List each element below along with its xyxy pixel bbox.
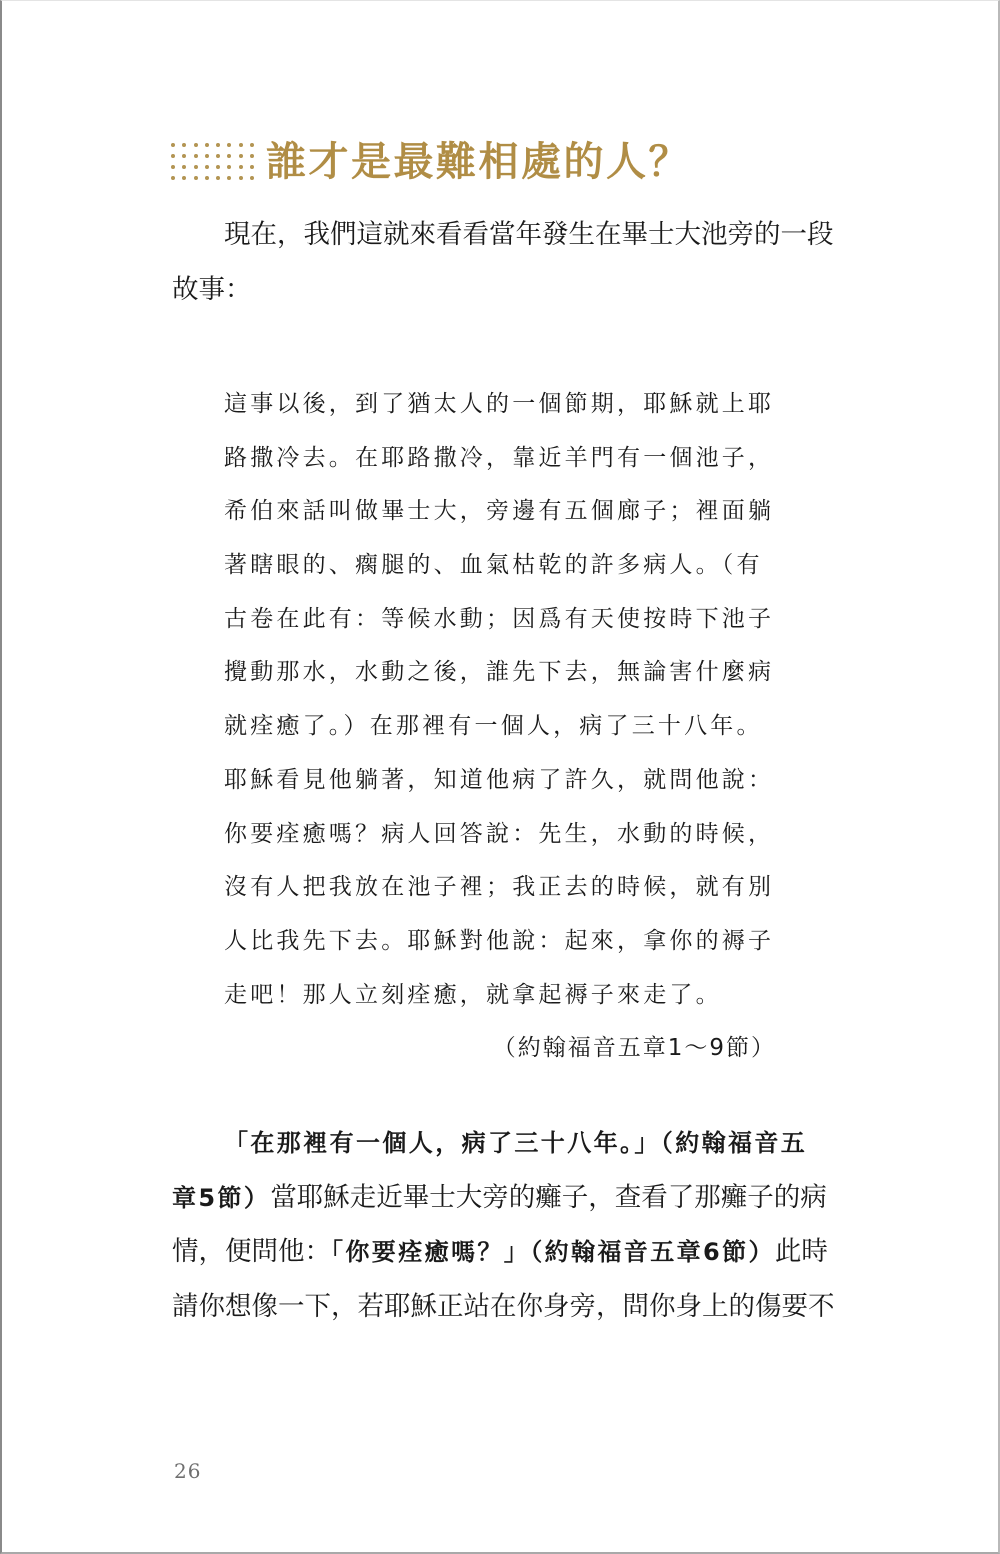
intro-paragraph: 現在，我們這就來看看當年發生在畢士大池旁的一段 故事： [172,208,834,317]
paragraph-text: 情，便問他： [172,1236,331,1267]
quote-line: 著瞎眼的、瘸腿的、血氣枯乾的許多病人。（有 [224,539,784,593]
intro-line: 故事： [172,263,834,318]
paragraph-line: 情，便問他：「你要痊癒嗎？」（約翰福音五章6節）此時 [172,1225,834,1280]
section-title: 誰才是最難相處的人？ [266,134,691,190]
commentary-paragraph: 「在那裡有一個人，病了三十八年。」（約翰福音五 章5節）當耶穌走近畢士大旁的癱子… [172,1116,834,1334]
quote-line: 你要痊癒嗎？病人回答說：先生，水動的時候， [224,808,784,862]
paragraph-text: 此時 [775,1236,828,1267]
scripture-quote: 這事以後，到了猶太人的一個節期，耶穌就上耶 路撒冷去。在耶路撒冷，靠近羊門有一個… [224,378,784,1076]
section-heading: 誰才是最難相處的人？ [168,134,691,190]
inline-scripture-reference: 章5節） [172,1184,270,1212]
quote-line: 沒有人把我放在池子裡；我正去的時候，就有別 [224,861,784,915]
quote-line: 攪動那水，水動之後，誰先下去，無論害什麼病 [224,646,784,700]
paragraph-text: 當耶穌走近畢士大旁的癱子，查看了那癱子的病 [270,1182,827,1213]
quote-line: 人比我先下去。耶穌對他說：起來，拿你的褥子 [224,915,784,969]
quote-line: 就痊癒了。）在那裡有一個人，病了三十八年。 [224,700,784,754]
paragraph-line: 「在那裡有一個人，病了三十八年。」（約翰福音五 [172,1116,834,1171]
paragraph-line: 請你想像一下，若耶穌正站在你身旁，問你身上的傷要不 [172,1280,834,1335]
page-number: 26 [174,1459,201,1483]
dot-grid-ornament-icon [168,140,258,185]
quote-line: 古卷在此有：等候水動；因爲有天使按時下池子 [224,593,784,647]
paragraph-line: 章5節）當耶穌走近畢士大旁的癱子，查看了那癱子的病 [172,1171,834,1226]
book-page: 誰才是最難相處的人？ 現在，我們這就來看看當年發生在畢士大池旁的一段 故事： 這… [0,0,1000,1554]
inline-scripture-quote: 「你要痊癒嗎？」（約翰福音五章6節） [331,1238,775,1266]
intro-line: 現在，我們這就來看看當年發生在畢士大池旁的一段 [172,208,834,263]
quote-reference: （約翰福音五章1～9節） [224,1022,784,1076]
inline-scripture-quote: 「在那裡有一個人，病了三十八年。」（約翰福音五 [224,1129,807,1157]
quote-line: 希伯來話叫做畢士大，旁邊有五個廊子；裡面躺 [224,485,784,539]
quote-line: 耶穌看見他躺著，知道他病了許久，就問他說： [224,754,784,808]
quote-line: 這事以後，到了猶太人的一個節期，耶穌就上耶 [224,378,784,432]
quote-line: 路撒冷去。在耶路撒冷，靠近羊門有一個池子， [224,432,784,486]
quote-line: 走吧！那人立刻痊癒，就拿起褥子來走了。 [224,969,784,1023]
